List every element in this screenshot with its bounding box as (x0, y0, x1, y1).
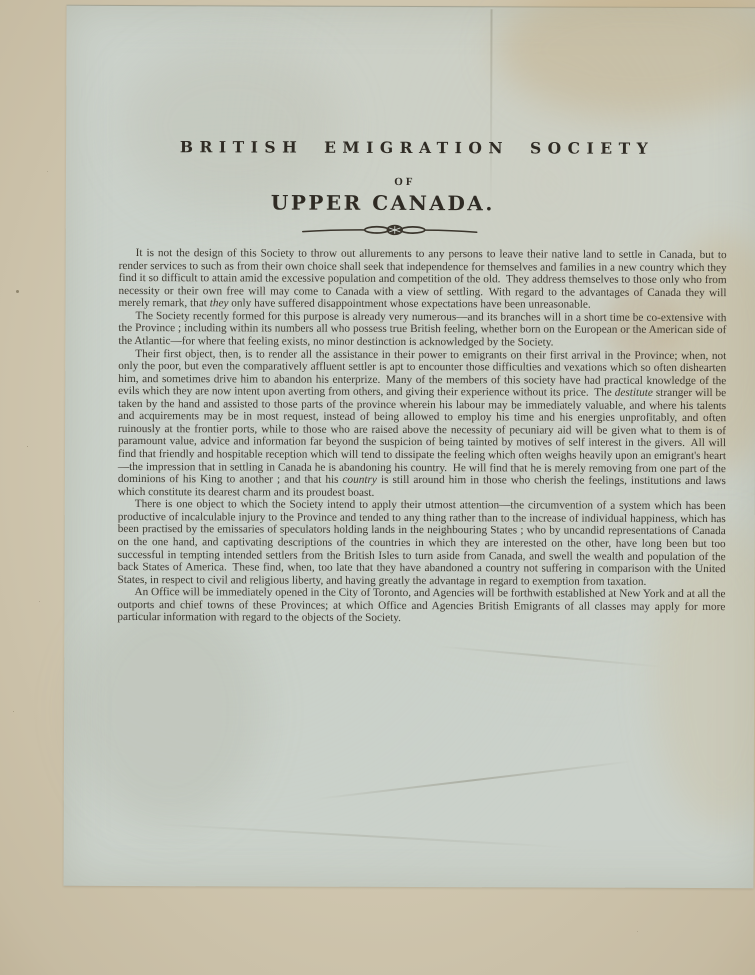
text-run: The Society recently formed for this pur… (118, 310, 726, 349)
emphasized-text: country (343, 474, 377, 486)
paragraph: The Society recently formed for this pur… (118, 310, 726, 350)
paper-crease (315, 760, 633, 800)
paper-stain (121, 41, 342, 212)
ornamental-divider (302, 223, 478, 238)
text-run: stranger will be taken by the hand and a… (118, 387, 726, 486)
album-specks (16, 290, 19, 293)
title-upper-canada-line: UPPER CANADA. (271, 191, 495, 216)
text-run: There is one object to which the Society… (118, 498, 726, 587)
paper-crease (435, 645, 664, 668)
paper-crease (154, 823, 573, 848)
paragraph: There is one object to which the Society… (118, 498, 726, 588)
title-of-line: OF (394, 176, 415, 188)
paragraph: It is not the design of this Society to … (118, 247, 726, 312)
paper-crease (490, 9, 493, 209)
paragraph: An Office will be immediately opened in … (117, 586, 725, 626)
title-society-line: BRITISH EMIGRATION SOCIETY (180, 137, 654, 158)
text-run: only have suffered disappointment whose … (228, 298, 590, 311)
emphasized-text: they (210, 298, 229, 310)
document-sheet: BRITISH EMIGRATION SOCIETY OF UPPER CANA… (63, 5, 755, 888)
body-text: It is not the design of this Society to … (117, 247, 726, 626)
paragraph: Their first object, then, is to render a… (118, 347, 727, 500)
emphasized-text: destitute (615, 387, 653, 399)
text-run: An Office will be immediately opened in … (117, 586, 725, 624)
paper-stain (74, 596, 265, 827)
paper-stain (496, 0, 755, 118)
album-page: { "page": { "kind": "scanned printed bro… (0, 0, 755, 975)
